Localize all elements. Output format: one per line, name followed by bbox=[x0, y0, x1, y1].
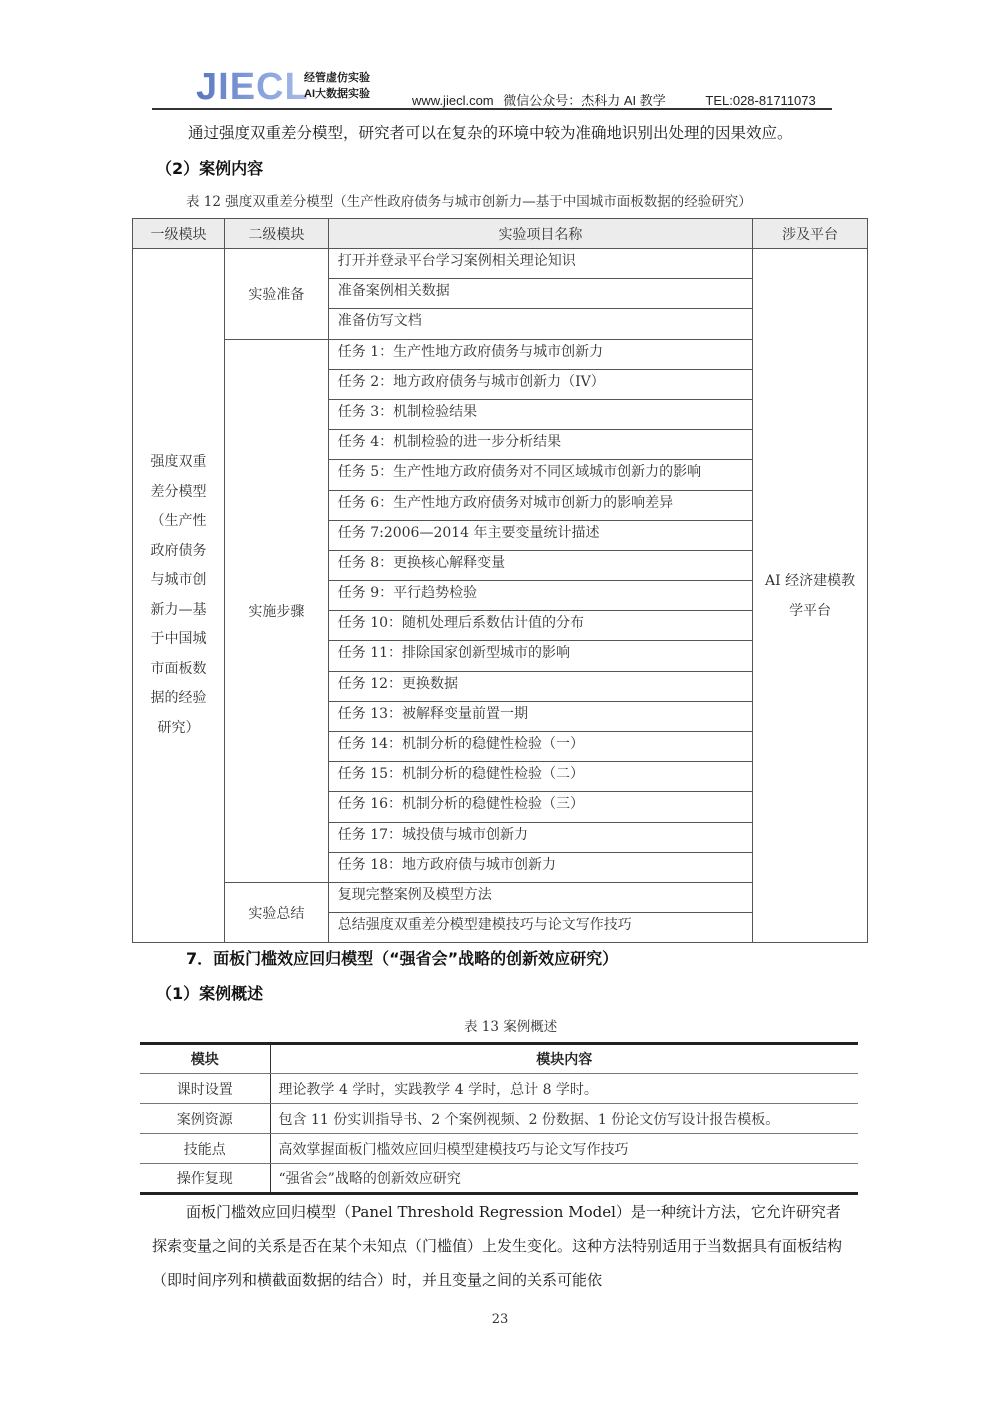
project-item: 准备仿写文档 bbox=[328, 309, 752, 339]
row-value: 高效掌握面板门槛效应回归模型建模技巧与论文写作技巧 bbox=[270, 1134, 858, 1164]
page-header: JIECL 经管虚仿实验 AI大数据实验 www.jiecl.com 微信公众号… bbox=[152, 62, 832, 110]
project-item: 任务 2：地方政府债务与城市创新力（IV） bbox=[328, 369, 752, 399]
project-item: 任务 10：随机处理后系数估计值的分布 bbox=[328, 611, 752, 641]
row-key: 技能点 bbox=[140, 1134, 270, 1164]
project-item: 任务 5：生产性地方政府债务对不同区域城市创新力的影响 bbox=[328, 460, 752, 490]
header-module: 模块 bbox=[140, 1044, 270, 1074]
level1-line: 政府债务 bbox=[141, 537, 216, 567]
level1-line: 强度双重 bbox=[141, 448, 216, 478]
table-row: 强度双重 差分模型 （生产性 政府债务 与城市创 新力—基 于中国城 市面板数 … bbox=[133, 249, 868, 279]
level2-module-prep: 实验准备 bbox=[224, 249, 328, 340]
project-item: 总结强度双重差分模型建模技巧与论文写作技巧 bbox=[328, 913, 752, 943]
project-item: 任务 15：机制分析的稳健性检验（二） bbox=[328, 762, 752, 792]
level1-line: （生产性 bbox=[141, 507, 216, 537]
platform-cell: AI 经济建模教 学平台 bbox=[753, 249, 868, 943]
project-item: 任务 14：机制分析的稳健性检验（一） bbox=[328, 732, 752, 762]
level1-line: 差分模型 bbox=[141, 478, 216, 508]
table-12: 一级模块 二级模块 实验项目名称 涉及平台 强度双重 差分模型 （生产性 政府债… bbox=[132, 218, 868, 943]
table-13: 模块 模块内容 课时设置 理论教学 4 学时，实践教学 4 学时，总计 8 学时… bbox=[140, 1042, 858, 1195]
section-heading-case-content: （2）案例内容 bbox=[156, 156, 263, 179]
wechat-account: 微信公众号：杰科力 AI 教学 bbox=[503, 93, 666, 108]
row-key: 操作复现 bbox=[140, 1164, 270, 1194]
project-item: 任务 11：排除国家创新型城市的影响 bbox=[328, 641, 752, 671]
closing-paragraph: 面板门槛效应回归模型（Panel Threshold Regression Mo… bbox=[152, 1195, 852, 1297]
project-item: 打开并登录平台学习案例相关理论知识 bbox=[328, 249, 752, 279]
table-header-row: 一级模块 二级模块 实验项目名称 涉及平台 bbox=[133, 219, 868, 249]
table-row: 案例资源 包含 11 份实训指导书、2 个案例视频、2 份数据、1 份论文仿写设… bbox=[140, 1104, 858, 1134]
project-item: 任务 1：生产性地方政府债务与城市创新力 bbox=[328, 339, 752, 369]
project-item: 任务 17：城投债与城市创新力 bbox=[328, 822, 752, 852]
section-heading-case-overview: （1）案例概述 bbox=[156, 981, 263, 1004]
project-item: 任务 12：更换数据 bbox=[328, 671, 752, 701]
project-item: 任务 9：平行趋势检验 bbox=[328, 581, 752, 611]
logo-subtitle-line2: AI大数据实验 bbox=[304, 86, 370, 102]
table-row: 操作复现 “强省会”战略的创新效应研究 bbox=[140, 1164, 858, 1194]
header-project-name: 实验项目名称 bbox=[328, 219, 752, 249]
level1-line: 市面板数 bbox=[141, 655, 216, 685]
header-platform: 涉及平台 bbox=[753, 219, 868, 249]
level2-module-steps: 实施步骤 bbox=[224, 339, 328, 882]
project-item: 准备案例相关数据 bbox=[328, 279, 752, 309]
intro-paragraph: 通过强度双重差分模型，研究者可以在复杂的环境中较为准确地识别出处理的因果效应。 bbox=[152, 118, 852, 148]
level1-line: 新力—基 bbox=[141, 596, 216, 626]
row-value: “强省会”战略的创新效应研究 bbox=[270, 1164, 858, 1194]
row-key: 课时设置 bbox=[140, 1074, 270, 1104]
project-item: 任务 13：被解释变量前置一期 bbox=[328, 701, 752, 731]
row-value: 包含 11 份实训指导书、2 个案例视频、2 份数据、1 份论文仿写设计报告模板… bbox=[270, 1104, 858, 1134]
website-link[interactable]: www.jiecl.com bbox=[412, 93, 494, 108]
section-7-heading: 7．面板门槛效应回归模型（“强省会”战略的创新效应研究） bbox=[186, 946, 618, 969]
table-row: 技能点 高效掌握面板门槛效应回归模型建模技巧与论文写作技巧 bbox=[140, 1134, 858, 1164]
logo-subtitle: 经管虚仿实验 AI大数据实验 bbox=[304, 70, 370, 102]
project-item: 任务 7:2006—2014 年主要变量统计描述 bbox=[328, 520, 752, 550]
level1-module-cell: 强度双重 差分模型 （生产性 政府债务 与城市创 新力—基 于中国城 市面板数 … bbox=[133, 249, 225, 943]
page-number: 23 bbox=[0, 1312, 1000, 1327]
platform-line: AI 经济建模教 bbox=[759, 566, 861, 596]
table13-caption: 表 13 案例概述 bbox=[464, 1015, 557, 1035]
header-level1-module: 一级模块 bbox=[133, 219, 225, 249]
row-value: 理论教学 4 学时，实践教学 4 学时，总计 8 学时。 bbox=[270, 1074, 858, 1104]
platform-line: 学平台 bbox=[759, 596, 861, 626]
telephone: TEL:028-81711073 bbox=[705, 93, 815, 108]
level1-line: 于中国城 bbox=[141, 625, 216, 655]
header-level2-module: 二级模块 bbox=[224, 219, 328, 249]
table-header-row: 模块 模块内容 bbox=[140, 1044, 858, 1074]
project-item: 任务 18：地方政府债与城市创新力 bbox=[328, 852, 752, 882]
table12-caption: 表 12 强度双重差分模型（生产性政府债务与城市创新力—基于中国城市面板数据的经… bbox=[186, 190, 752, 210]
level1-line: 研究） bbox=[141, 714, 216, 744]
level1-line: 据的经验 bbox=[141, 684, 216, 714]
table-row: 课时设置 理论教学 4 学时，实践教学 4 学时，总计 8 学时。 bbox=[140, 1074, 858, 1104]
project-item: 任务 4：机制检验的进一步分析结果 bbox=[328, 430, 752, 460]
header-module-content: 模块内容 bbox=[270, 1044, 858, 1074]
project-item: 复现完整案例及模型方法 bbox=[328, 882, 752, 912]
jiecl-logo: JIECL bbox=[196, 68, 309, 106]
header-contact-info: www.jiecl.com 微信公众号：杰科力 AI 教学 TEL:028-81… bbox=[412, 90, 822, 109]
logo-subtitle-line1: 经管虚仿实验 bbox=[304, 70, 370, 86]
project-item: 任务 3：机制检验结果 bbox=[328, 399, 752, 429]
level2-module-summary: 实验总结 bbox=[224, 882, 328, 942]
level1-line: 与城市创 bbox=[141, 566, 216, 596]
project-item: 任务 8：更换核心解释变量 bbox=[328, 550, 752, 580]
project-item: 任务 16：机制分析的稳健性检验（三） bbox=[328, 792, 752, 822]
project-item: 任务 6：生产性地方政府债务对城市创新力的影响差异 bbox=[328, 490, 752, 520]
row-key: 案例资源 bbox=[140, 1104, 270, 1134]
